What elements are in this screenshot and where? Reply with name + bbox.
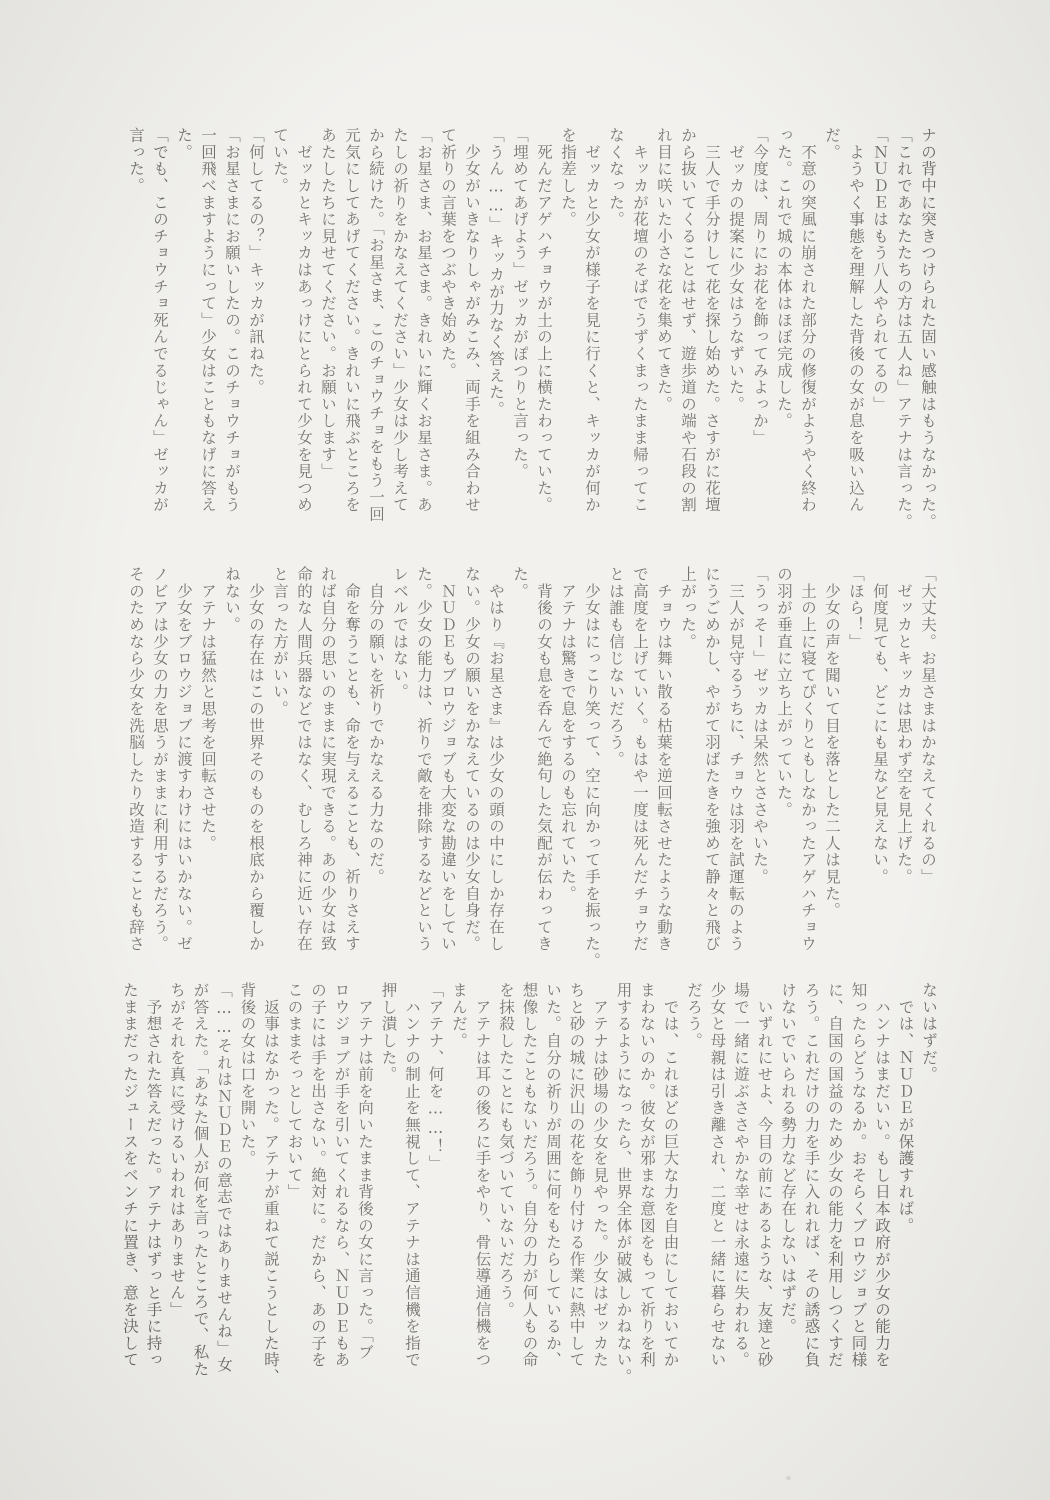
text-column: チョウは舞い散る枯葉を逆回転させたような動き — [652, 566, 676, 952]
text-column: 少女はにっこり笑って、空に向かって手を振った。 — [580, 566, 604, 969]
text-column: ナの背中に突きつけられた固い感触はもうなかった。 — [916, 127, 940, 530]
text-column: 少女の声を聞いて目を落とした二人は見た。 — [820, 566, 844, 919]
text-column: やはり『お星さま』は少女の頭の中にしか存在し — [484, 566, 508, 952]
text-column: 「アテナ、何を……！」 — [423, 982, 447, 1172]
text-column: 自分の願いを祈りでかなえる力なのだ。 — [364, 566, 388, 885]
text-column: レベルではない。 — [388, 566, 412, 700]
text-column: た。 — [172, 127, 196, 161]
text-column: ないはずだ。 — [917, 982, 941, 1083]
text-column: まんだ。 — [447, 982, 471, 1049]
text-column: た。少女の能力は、祈りで敵を排除するなどという — [412, 566, 436, 952]
text-column: 何度見ても、どこにも星など見えない。 — [868, 566, 892, 885]
text-column: 「……それはＮＵＤＥの意志ではありませんね」女 — [212, 982, 236, 1373]
text-column: 「うっそー」ゼッカは呆然とささやいた。 — [748, 566, 772, 885]
text-column: 押し潰した。 — [376, 982, 400, 1083]
text-column: 不意の突風に崩された部分の修復がようやく終わ — [796, 127, 820, 513]
text-column: なくなった。 — [604, 127, 628, 228]
text-column: 「埋めてあげよう」ゼッカがぽつりと言った。 — [508, 127, 532, 480]
text-column: 場で一緒に遊ぶささやかな幸せは永遠に失われる。 — [729, 982, 753, 1368]
text-column: ちがそれを真に受けるいわれはありません」 — [165, 982, 189, 1318]
text-column: 「大丈夫。お星さまはかなえてくれるの」 — [916, 566, 940, 885]
text-column: 少女の存在はこの世界そのものを根底から覆しか — [244, 566, 268, 952]
text-column: 返事はなかった。アテナが重ねて説こうとした時、 — [259, 982, 283, 1385]
text-column: れば自分の思いのままに実現できる。あの少女は致 — [316, 566, 340, 952]
text-column: そのためなら少女を洗脳したり改造することも辞さ — [124, 566, 148, 952]
text-column: ゼッカと少女が様子を見に行くと、キッカが何か — [580, 127, 604, 513]
text-column: 「お星さまにお願いしたの。このチョウチョがもう — [220, 127, 244, 513]
text-column: 想像したこともないだろう。自分の力が何人もの命 — [517, 982, 541, 1368]
text-column: では、これほどの巨大な力を自由にしておいてか — [658, 982, 682, 1368]
text-column: 「これであなたたちの方は五人ね」アテナは言った。 — [892, 127, 916, 530]
text-column: ＮＵＤＥもブロウジョブも大変な勘違いをしてい — [436, 566, 460, 952]
text-column: を指差した。 — [556, 127, 580, 228]
text-column: いた。自分の祈りが周囲に何をもたらしているか、 — [541, 982, 565, 1368]
text-column: ハンナの制止を無視して、アテナは通信機を指で — [400, 982, 424, 1368]
text-column: だろう。 — [682, 982, 706, 1049]
text-column: 背後の女も息を呑んで絶句した気配が伝わってき — [532, 566, 556, 952]
text-column: ようやく事態を理解した背後の女が息を吸い込ん — [844, 127, 868, 513]
text-column: けないでいられる勢力など存在しないはずだ。 — [776, 982, 800, 1335]
text-column: 上がった。 — [676, 566, 700, 650]
text-column: ロウジョブが手を引いてくれるなら、ＮＵＤＥもあ — [329, 982, 353, 1368]
text-column: を抹殺したことにも気づいていないだろう。 — [494, 982, 518, 1318]
text-column: ゼッカの提案に少女はうなずいた。 — [724, 127, 748, 413]
text-column: アテナは驚きで息をするのも忘れていた。 — [556, 566, 580, 902]
text-column: と言った方がいい。 — [268, 566, 292, 717]
text-column: まわないのか。彼女が邪まな意図をもって祈りを利 — [635, 982, 659, 1368]
text-column: ちと砂の城に沢山の花を飾り付ける作業に熱中して — [564, 982, 588, 1368]
scan-speck — [786, 1476, 791, 1480]
text-column: このままそっとしておいて」 — [282, 982, 306, 1200]
text-column: が答えた。「あなた個人が何を言ったところで、私た — [188, 982, 212, 1377]
text-column: た。 — [508, 566, 532, 600]
text-column: 「でも、このチョウチョ死んでるじゃん」ゼッカが — [148, 127, 172, 513]
text-column: れ目に咲いた小さな花を集めてきた。 — [652, 127, 676, 413]
text-column: 三人が見守るうちに、チョウは羽を試運転のよう — [724, 566, 748, 952]
text-column: 背後の女は口を開いた。 — [235, 982, 259, 1167]
text-column: ねない。 — [220, 566, 244, 633]
text-column: ノビアは少女の力を思うがままに利用するだろう。 — [148, 566, 172, 952]
text-column: 死んだアゲハチョウが土の上に横たわっていた。 — [532, 127, 556, 513]
text-column: アテナは耳の後ろに手をやり、骨伝導通信機をつ — [470, 982, 494, 1368]
text-column: 命的な人間兵器などではなく、むしろ神に近い存在 — [292, 566, 316, 952]
text-column: あたしたちに見せてください。お願いします」 — [316, 127, 340, 480]
text-column: ゼッカとキッカはあっけにとられて少女を見つめ — [292, 127, 316, 513]
text-column: にうごめかし、やがて羽ばたきを強めて静々と飛び — [700, 566, 724, 952]
text-column: アテナは砂場の少女を見やった。少女はゼッカた — [588, 982, 612, 1368]
text-column: 「うん……」キッカが力なく答えた。 — [484, 127, 508, 418]
text-column: ゼッカとキッカは思わず空を見上げた。 — [892, 566, 916, 885]
text-column: いずれにせよ、今目の前にあるような、友達と砂 — [752, 982, 776, 1368]
text-column: アテナは前を向いたまま背後の女に言った。「ブ — [353, 982, 377, 1361]
text-column: に、自国の国益のため少女の能力を利用しつくすだ — [823, 982, 847, 1368]
text-column: 少女をブロウジョブに渡すわけにはいかない。ゼ — [172, 566, 196, 952]
text-column: アテナは猛然と思考を回転させた。 — [196, 566, 220, 852]
text-column: から続けた。「お星さま、このチョウチョをもう一回 — [364, 127, 388, 522]
text-column: から抜いてくることはせず、遊歩道の端や石段の割 — [676, 127, 700, 513]
text-column: 「今度は、周りにお花を飾ってみよっか」 — [748, 127, 772, 446]
text-column: 用するようになったら、世界全体が破滅しかねない。 — [611, 982, 635, 1385]
text-block-top: ナの背中に突きつけられた固い感触はもうなかった。「これであなたたちの方は五人ね」… — [124, 127, 940, 530]
text-column: 「何してるの？」キッカが訊ねた。 — [244, 127, 268, 396]
text-column: たままだったジュースをベンチに置き、意を決して — [118, 982, 142, 1368]
text-column: 「お星さま、お星さま。きれいに輝くお星さま。あ — [412, 127, 436, 513]
text-column: たしの祈りをかなえてください」少女は少し考えて — [388, 127, 412, 513]
text-column: 土の上に寝てぴくりともしなかったアゲハチョウ — [796, 566, 820, 952]
text-column: 予想された答えだった。アテナはずっと手に持っ — [141, 982, 165, 1368]
text-column: 言った。 — [124, 127, 148, 194]
text-column: 「ほら！」 — [844, 566, 868, 650]
text-column: だ。 — [820, 127, 844, 161]
text-column: 一回飛べますようにって」少女はこともなげに答え — [196, 127, 220, 513]
text-column: ろう。これだけの力を手に入れれば、その誘惑に負 — [799, 982, 823, 1368]
text-block-bottom: ないはずだ。 では、ＮＵＤＥが保護すれば。 ハンナはまだいい。もし日本政府が少女… — [118, 982, 941, 1385]
text-column: の子には手を出さない。絶対に。だから、あの子を — [306, 982, 330, 1368]
text-block-middle: 「大丈夫。お星さまはかなえてくれるの」 ゼッカとキッカは思わず空を見上げた。 何… — [124, 566, 940, 969]
text-column: 命を奪うことも、命を与えることも、祈りさえす — [340, 566, 364, 952]
text-column: 「ＮＵＤＥはもう八人やられてるの」 — [868, 127, 892, 413]
text-column: では、ＮＵＤＥが保護すれば。 — [893, 982, 917, 1234]
text-column: 少女と母親は引き離され、二度と一緒に暮らせない — [705, 982, 729, 1368]
text-column: の羽が垂直に立ち上がっていた。 — [772, 566, 796, 818]
text-column: で高度を上げていく。もはや一度は死んだチョウだ — [628, 566, 652, 952]
text-column: ハンナはまだいい。もし日本政府が少女の能力を — [870, 982, 894, 1368]
text-column: った。これで城の本体はほぼ完成した。 — [772, 127, 796, 429]
text-column: ていた。 — [268, 127, 292, 194]
text-column: 知ったらどうなるか。おそらくブロウジョブと同様 — [846, 982, 870, 1368]
text-column: とは誰も信じないだろう。 — [604, 566, 628, 768]
text-column: 少女がいきなりしゃがみこみ、両手を組み合わせ — [460, 127, 484, 513]
text-column: キッカが花壇のそばでうずくまったまま帰ってこ — [628, 127, 652, 513]
novel-page: ナの背中に突きつけられた固い感触はもうなかった。「これであなたたちの方は五人ね」… — [0, 0, 1050, 1500]
text-column: 三人で手分けして花を探し始めた。さすがに花壇 — [700, 127, 724, 513]
text-column: て祈りの言葉をつぶやき始めた。 — [436, 127, 460, 379]
text-column: ない。少女の願いをかなえているのは少女自身だ。 — [460, 566, 484, 952]
text-column: 元気にしてあげてください。きれいに飛ぶところを — [340, 127, 364, 513]
